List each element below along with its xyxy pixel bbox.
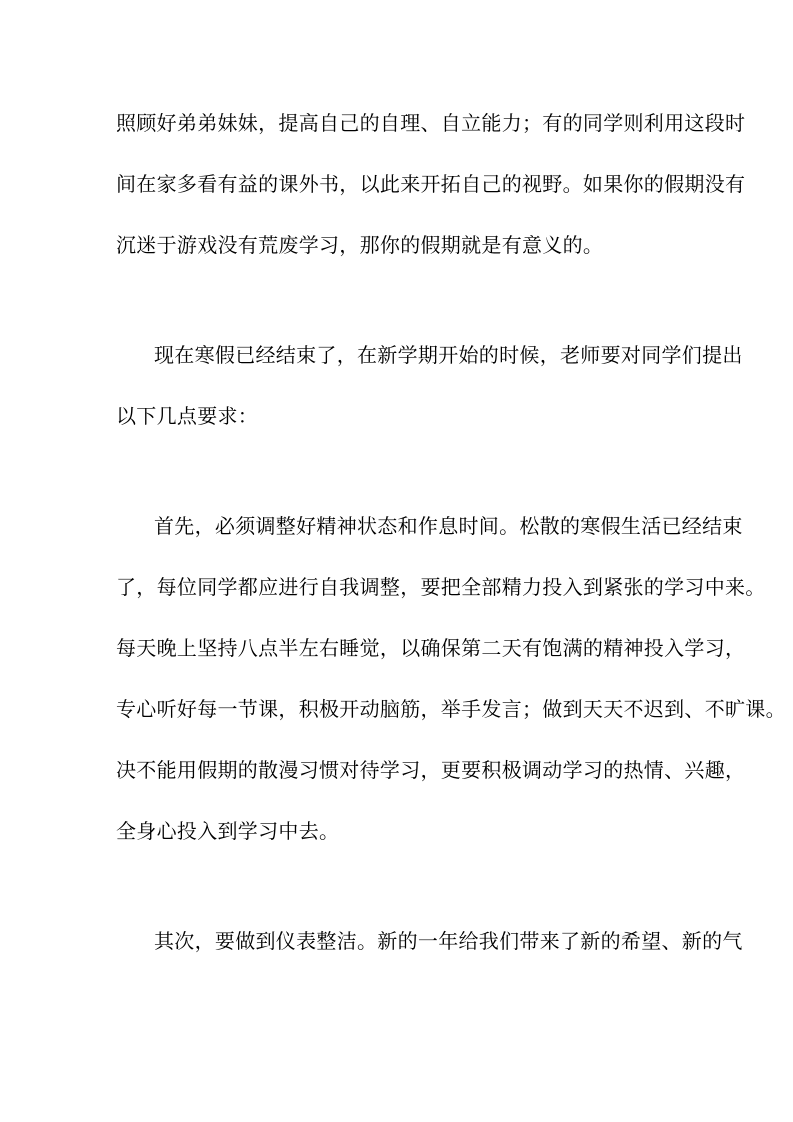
paragraph-2: 现在寒假已经结束了，在新学期开始的时候，老师要对同学们提出 以下几点要求： [116, 326, 693, 448]
text-line: 了，每位同学都应进行自我调整，要把全部精力投入到紧张的学习中来。 [116, 558, 693, 619]
document-page: 照顾好弟弟妹妹，提高自己的自理、自立能力；有的同学则利用这段时 间在家多看有益的… [0, 0, 793, 1122]
text-line: 决不能用假期的散漫习惯对待学习，更要积极调动学习的热情、兴趣， [116, 741, 693, 802]
text-line: 其次，要做到仪表整洁。新的一年给我们带来了新的希望、新的气 [116, 912, 693, 973]
text-line: 全身心投入到学习中去。 [116, 802, 693, 863]
text-line: 沉迷于游戏没有荒废学习，那你的假期就是有意义的。 [116, 216, 693, 277]
text-line: 间在家多看有益的课外书，以此来开拓自己的视野。如果你的假期没有 [116, 155, 693, 216]
paragraph-1: 照顾好弟弟妹妹，提高自己的自理、自立能力；有的同学则利用这段时 间在家多看有益的… [116, 94, 693, 277]
text-line: 照顾好弟弟妹妹，提高自己的自理、自立能力；有的同学则利用这段时 [116, 94, 693, 155]
text-line: 首先，必须调整好精神状态和作息时间。松散的寒假生活已经结束 [116, 497, 693, 558]
text-line: 专心听好每一节课，积极开动脑筋，举手发言；做到天天不迟到、不旷课。 [116, 680, 693, 741]
paragraph-4: 其次，要做到仪表整洁。新的一年给我们带来了新的希望、新的气 [116, 912, 693, 973]
text-line: 以下几点要求： [116, 387, 693, 448]
text-line: 每天晚上坚持八点半左右睡觉，以确保第二天有饱满的精神投入学习， [116, 619, 693, 680]
text-line: 现在寒假已经结束了，在新学期开始的时候，老师要对同学们提出 [116, 326, 693, 387]
paragraph-3: 首先，必须调整好精神状态和作息时间。松散的寒假生活已经结束 了，每位同学都应进行… [116, 497, 693, 863]
